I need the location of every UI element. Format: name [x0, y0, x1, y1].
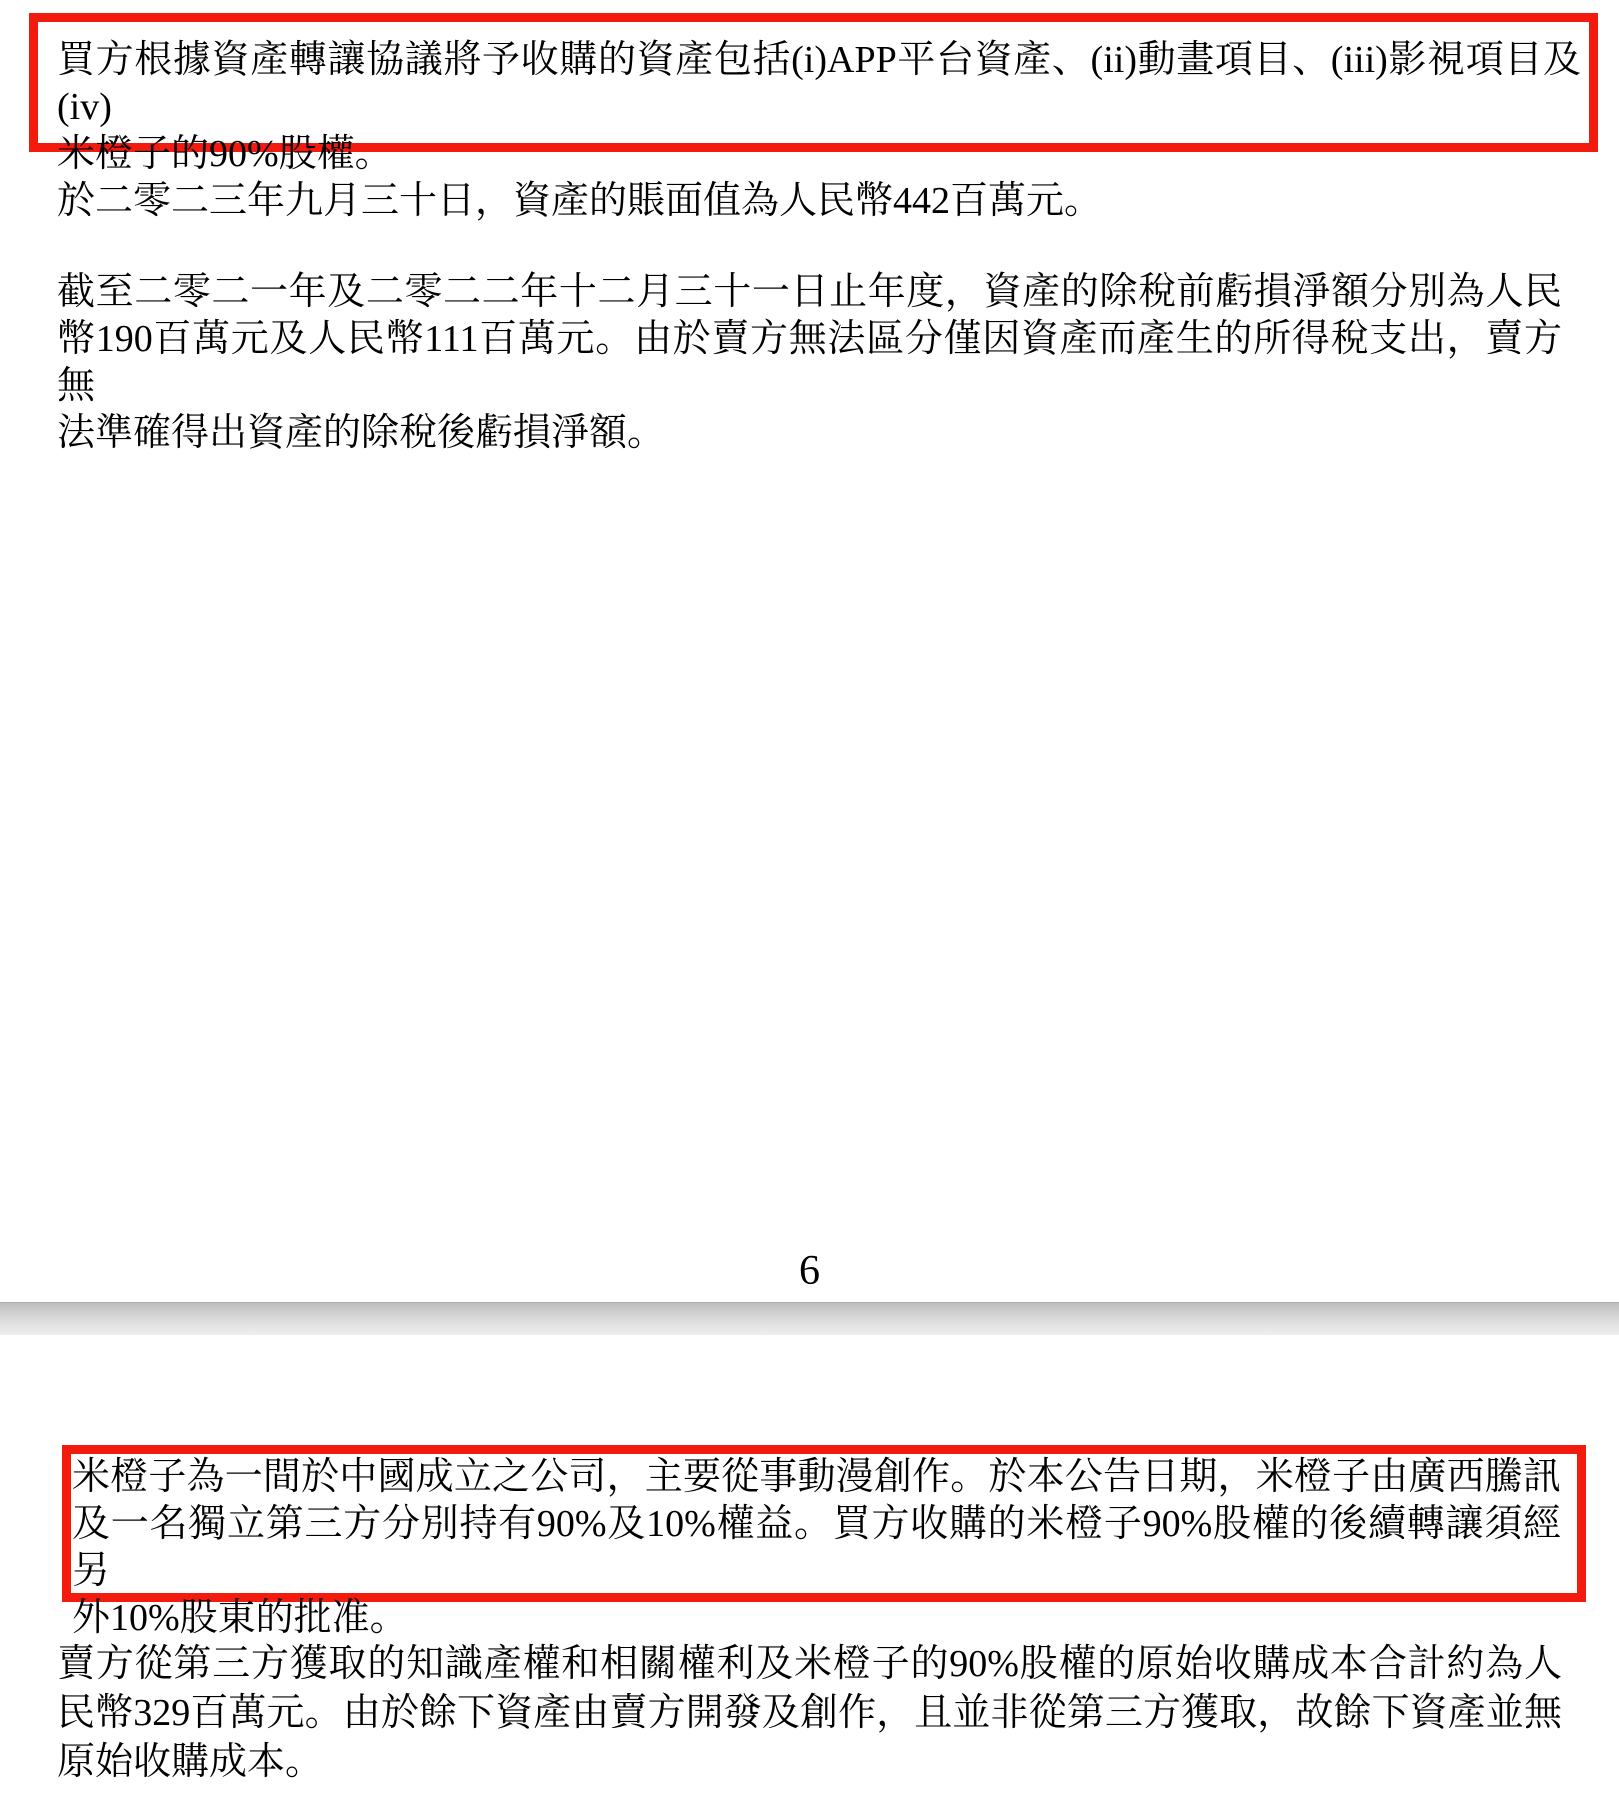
text-line: 外10%股東的批准。	[72, 1595, 1561, 1642]
highlight-box-assets: 買方根據資產轉讓協議將予收購的資產包括(i)APP平台資產、(ii)動畫項目、(…	[29, 13, 1598, 152]
paragraph-net-losses: 截至二零二一年及二零二二年十二月三十一日止年度，資產的除稅前虧損淨額分別為人民 …	[57, 269, 1562, 457]
text-line: 米橙子為一間於中國成立之公司，主要從事動漫創作。於本公告日期，米橙子由廣西騰訊	[72, 1454, 1561, 1501]
text-line: 買方根據資產轉讓協議將予收購的資產包括(i)APP平台資產、(ii)動畫項目、(…	[57, 37, 1581, 131]
page-number: 6	[57, 1248, 1562, 1295]
document-page-6: 買方根據資產轉讓協議將予收購的資產包括(i)APP平台資產、(ii)動畫項目、(…	[0, 0, 1619, 1302]
page-separator	[0, 1302, 1619, 1335]
paragraph-acquisition-cost: 賣方從第三方獲取的知識產權和相關權利及米橙子的90%股權的原始收購成本合計約為人…	[57, 1640, 1562, 1787]
highlight-box-michengzi: 米橙子為一間於中國成立之公司，主要從事動漫創作。於本公告日期，米橙子由廣西騰訊 …	[62, 1445, 1586, 1602]
text-line: 幣190百萬元及人民幣111百萬元。由於賣方無法區分僅因資產而產生的所得稅支出，…	[57, 316, 1562, 410]
text-line: 法準確得出資產的除稅後虧損淨額。	[57, 410, 1562, 457]
document-viewer: 買方根據資產轉讓協議將予收購的資產包括(i)APP平台資產、(ii)動畫項目、(…	[0, 0, 1619, 1795]
text-line: 原始收購成本。	[57, 1738, 1562, 1787]
document-page-7: 米橙子為一間於中國成立之公司，主要從事動漫創作。於本公告日期，米橙子由廣西騰訊 …	[0, 1335, 1619, 1795]
text-line: 米橙子的90%股權。	[57, 131, 1581, 178]
text-line: 及一名獨立第三方分別持有90%及10%權益。買方收購的米橙子90%股權的後續轉讓…	[72, 1501, 1561, 1595]
text-line: 截至二零二一年及二零二二年十二月三十一日止年度，資產的除稅前虧損淨額分別為人民	[57, 269, 1562, 316]
text-line: 賣方從第三方獲取的知識產權和相關權利及米橙子的90%股權的原始收購成本合計約為人	[57, 1640, 1562, 1689]
text-line: 民幣329百萬元。由於餘下資產由賣方開發及創作，且並非從第三方獲取，故餘下資產並…	[57, 1689, 1562, 1738]
paragraph-book-value: 於二零二三年九月三十日，資產的賬面值為人民幣442百萬元。	[57, 178, 1577, 225]
text-line: 於二零二三年九月三十日，資產的賬面值為人民幣442百萬元。	[57, 178, 1577, 225]
